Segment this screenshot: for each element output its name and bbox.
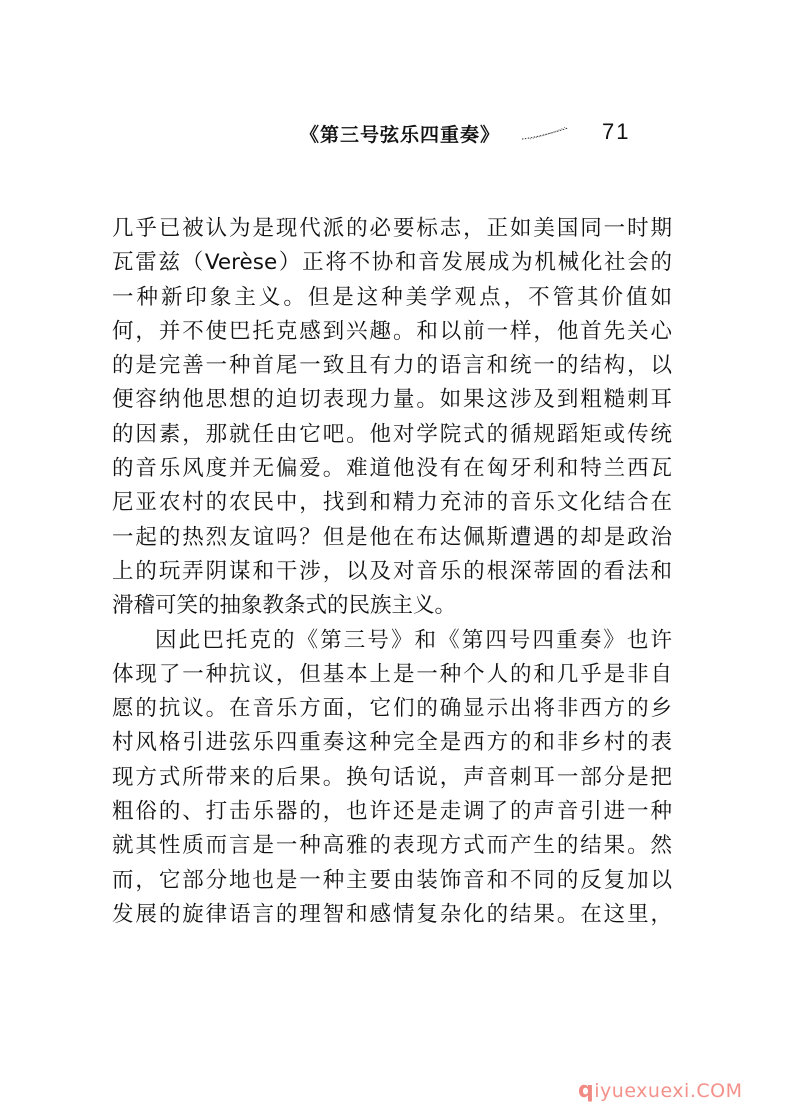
text-line: 便容纳他思想的迫切表现力量。如果这涉及到粗糙刺耳 [112, 383, 672, 417]
text-line: 滑稽可笑的抽象教条式的民族主义。 [112, 589, 672, 623]
text-line: 瓦雷兹（Verèse）正将不协和音发展成为机械化社会的 [112, 246, 672, 280]
text-line: 村风格引进弦乐四重奏这种完全是西方的和非乡村的表 [112, 726, 672, 760]
text-line: 的是完善一种首尾一致且有力的语言和统一的结构，以 [112, 349, 672, 383]
paragraph-2: 因此巴托克的《第三号》和《第四号四重奏》也许 体现了一种抗议，但基本上是一种个人… [112, 624, 672, 933]
text-line: 体现了一种抗议，但基本上是一种个人的和几乎是非自 [112, 658, 672, 692]
text-line: 粗俗的、打击乐器的，也许还是走调了的声音引进一种 [112, 795, 672, 829]
text-line: 的音乐风度并无偏爱。难道他没有在匈牙利和特兰西瓦 [112, 452, 672, 486]
page-number: 71 [602, 119, 630, 145]
site-watermark: qiyuexuexi.COM [578, 1078, 743, 1103]
running-header: 《第三号弦乐四重奏》 [300, 118, 570, 148]
text-line: 而，它部分地也是一种主要由装饰音和不同的反复加以 [112, 864, 672, 898]
text-line: 就其性质而言是一种高雅的表现方式而产生的结果。然 [112, 829, 672, 863]
watermark-initial: q [578, 1078, 594, 1103]
text-line: 现方式所带来的后果。换句话说，声音刺耳一部分是把 [112, 761, 672, 795]
text-line: 因此巴托克的《第三号》和《第四号四重奏》也许 [112, 624, 672, 658]
text-line: 的因素，那就任由它吧。他对学院式的循规蹈矩或传统 [112, 418, 672, 452]
text-line: 几乎已被认为是现代派的必要标志，正如美国同一时期 [112, 212, 672, 246]
body-text: 几乎已被认为是现代派的必要标志，正如美国同一时期 瓦雷兹（Verèse）正将不协… [112, 212, 672, 932]
text-line: 何，并不使巴托克感到兴趣。和以前一样，他首先关心 [112, 315, 672, 349]
text-line: 一起的热烈友谊吗？但是他在布达佩斯遭遇的却是政治 [112, 521, 672, 555]
text-line: 发展的旋律语言的理智和感情复杂化的结果。在这里， [112, 898, 672, 932]
watermark-text: iyuexuexi.COM [594, 1080, 742, 1102]
chapter-title: 《第三号弦乐四重奏》 [300, 120, 500, 147]
text-line: 尼亚农村的农民中，找到和精力充沛的音乐文化结合在 [112, 486, 672, 520]
text-line: 愿的抗议。在音乐方面，它们的确显示出将非西方的乡 [112, 692, 672, 726]
text-line: 一种新印象主义。但是这种美学观点，不管其价值如 [112, 281, 672, 315]
text-line: 上的玩弄阴谋和干涉，以及对音乐的根深蒂固的看法和 [112, 555, 672, 589]
paragraph-1: 几乎已被认为是现代派的必要标志，正如美国同一时期 瓦雷兹（Verèse）正将不协… [112, 212, 672, 624]
header-ornament-icon [520, 125, 570, 141]
